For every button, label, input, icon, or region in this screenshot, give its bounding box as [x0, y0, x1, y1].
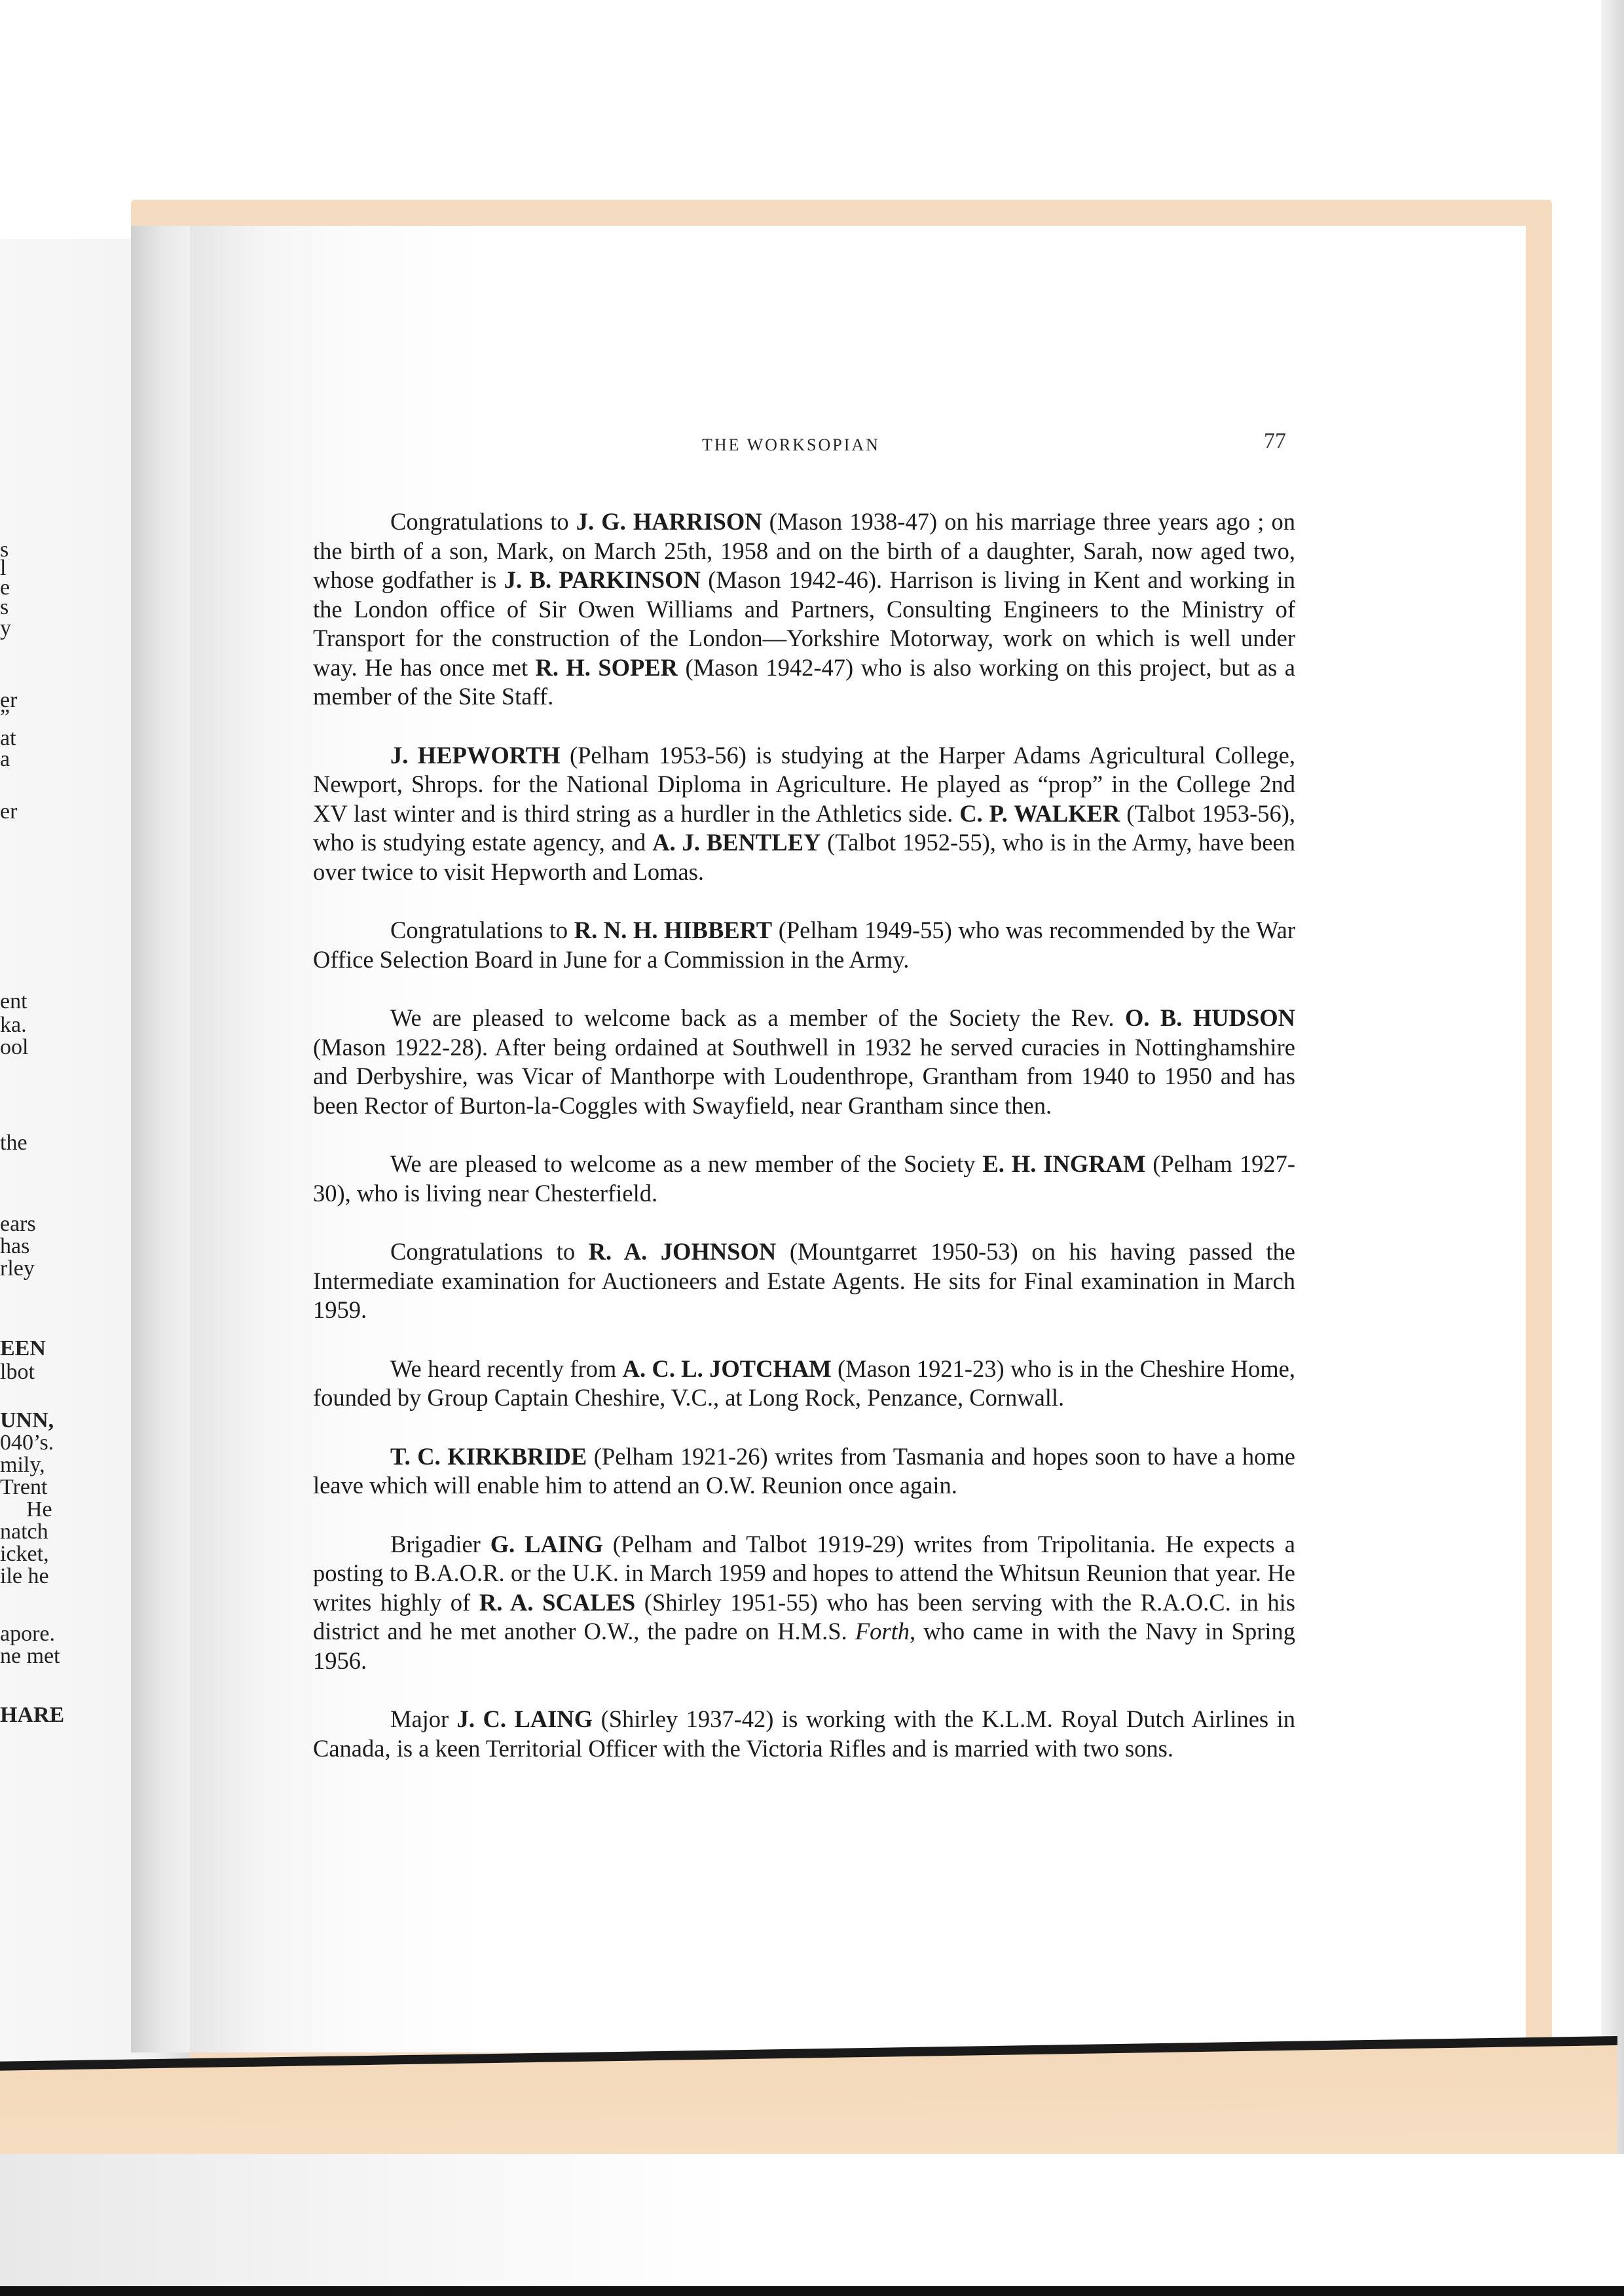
person-name: E. H. INGRAM: [982, 1150, 1145, 1177]
paragraph: We heard recently from A. C. L. JOTCHAM …: [313, 1355, 1295, 1413]
person-name: J. G. HARRISON: [576, 508, 762, 535]
paragraph: Congratulations to R. N. H. HIBBERT (Pel…: [313, 916, 1295, 974]
paragraph: Congratulations to J. G. HARRISON (Mason…: [313, 507, 1295, 712]
left-page-text-fragment: 040’s.: [0, 1431, 54, 1455]
left-page-text-fragment: lbot: [0, 1360, 35, 1384]
left-page-text-fragment: icket,: [0, 1542, 49, 1566]
paragraph: T. C. KIRKBRIDE (Pelham 1921-26) writes …: [313, 1442, 1295, 1501]
person-name: G. LAING: [490, 1531, 603, 1558]
left-page-text-fragment: apore.: [0, 1622, 55, 1646]
left-page-text-fragment: ka.: [0, 1013, 27, 1037]
left-page-text-fragment: ne met: [0, 1645, 60, 1668]
person-name: R. A. SCALES: [479, 1589, 635, 1616]
left-page-text-fragment: rley: [0, 1257, 35, 1281]
person-name: C. P. WALKER: [959, 800, 1120, 827]
left-page-text-fragment: ent: [0, 990, 28, 1013]
person-name: R. A. JOHNSON: [589, 1238, 777, 1265]
left-page-text-fragment: the: [0, 1131, 28, 1155]
person-name: R. N. H. HIBBERT: [574, 917, 772, 943]
paragraph: Congratulations to R. A. JOHNSON (Mountg…: [313, 1237, 1295, 1325]
person-name: J. B. PARKINSON: [504, 566, 701, 593]
scan-bottom-border: [0, 2286, 1624, 2296]
paragraph-text: (Mason 1922-28). After being ordained at…: [313, 1034, 1295, 1119]
person-name: J. C. LAING: [457, 1705, 593, 1732]
left-page-text-fragment: UNN,: [0, 1409, 54, 1432]
article-body: Congratulations to J. G. HARRISON (Mason…: [313, 507, 1295, 1793]
person-name: R. H. SOPER: [536, 654, 678, 681]
paragraph: J. HEPWORTH (Pelham 1953-56) is studying…: [313, 741, 1295, 887]
left-page-text-fragment: a: [0, 748, 10, 771]
left-page-text-fragment: has: [0, 1235, 29, 1258]
paragraph-text: Congratulations to: [390, 1238, 589, 1265]
left-page-text-fragment: He: [26, 1498, 52, 1522]
scanner-bed: [0, 2154, 1624, 2296]
paragraph-text: Major: [390, 1705, 457, 1732]
left-page-text-fragment: ears: [0, 1212, 36, 1236]
person-name: A. C. L. JOTCHAM: [623, 1355, 832, 1382]
person-name: T. C. KIRKBRIDE: [390, 1443, 587, 1470]
scan-edge: [1601, 0, 1624, 2296]
paragraph-text: We heard recently from: [390, 1355, 623, 1382]
person-name: O. B. HUDSON: [1125, 1004, 1295, 1031]
left-page-text-fragment: er: [0, 800, 17, 824]
left-page-text-fragment: EEN: [0, 1337, 46, 1360]
paragraph-text: Brigadier: [390, 1531, 490, 1558]
paragraph-text: Congratulations to: [390, 508, 576, 535]
paragraph: Major J. C. LAING (Shirley 1937-42) is w…: [313, 1705, 1295, 1763]
left-page-text-fragment: natch: [0, 1520, 48, 1544]
person-name: A. J. BENTLEY: [652, 829, 821, 856]
paragraph: Brigadier G. LAING (Pelham and Talbot 19…: [313, 1530, 1295, 1676]
paragraph: We are pleased to welcome as a new membe…: [313, 1150, 1295, 1208]
page-number: 77: [1264, 429, 1286, 454]
left-page-text-fragment: mily,: [0, 1453, 45, 1477]
paragraph-text: Congratulations to: [390, 917, 574, 943]
paragraph: We are pleased to welcome back as a memb…: [313, 1004, 1295, 1120]
left-page-text-fragment: ool: [0, 1036, 28, 1059]
left-page-text-fragment: Trent: [0, 1476, 47, 1499]
left-page-text-fragment: y: [0, 617, 11, 640]
left-page-text-fragment: ile he: [0, 1565, 49, 1588]
paragraph-text: We are pleased to welcome as a new membe…: [390, 1150, 982, 1177]
running-head: THE WORKSOPIAN: [702, 435, 880, 455]
left-page-text-fragment: HARE: [0, 1704, 64, 1727]
paragraph-text: We are pleased to welcome back as a memb…: [390, 1004, 1125, 1031]
ship-name: Forth: [855, 1618, 910, 1645]
person-name: J. HEPWORTH: [390, 742, 561, 769]
